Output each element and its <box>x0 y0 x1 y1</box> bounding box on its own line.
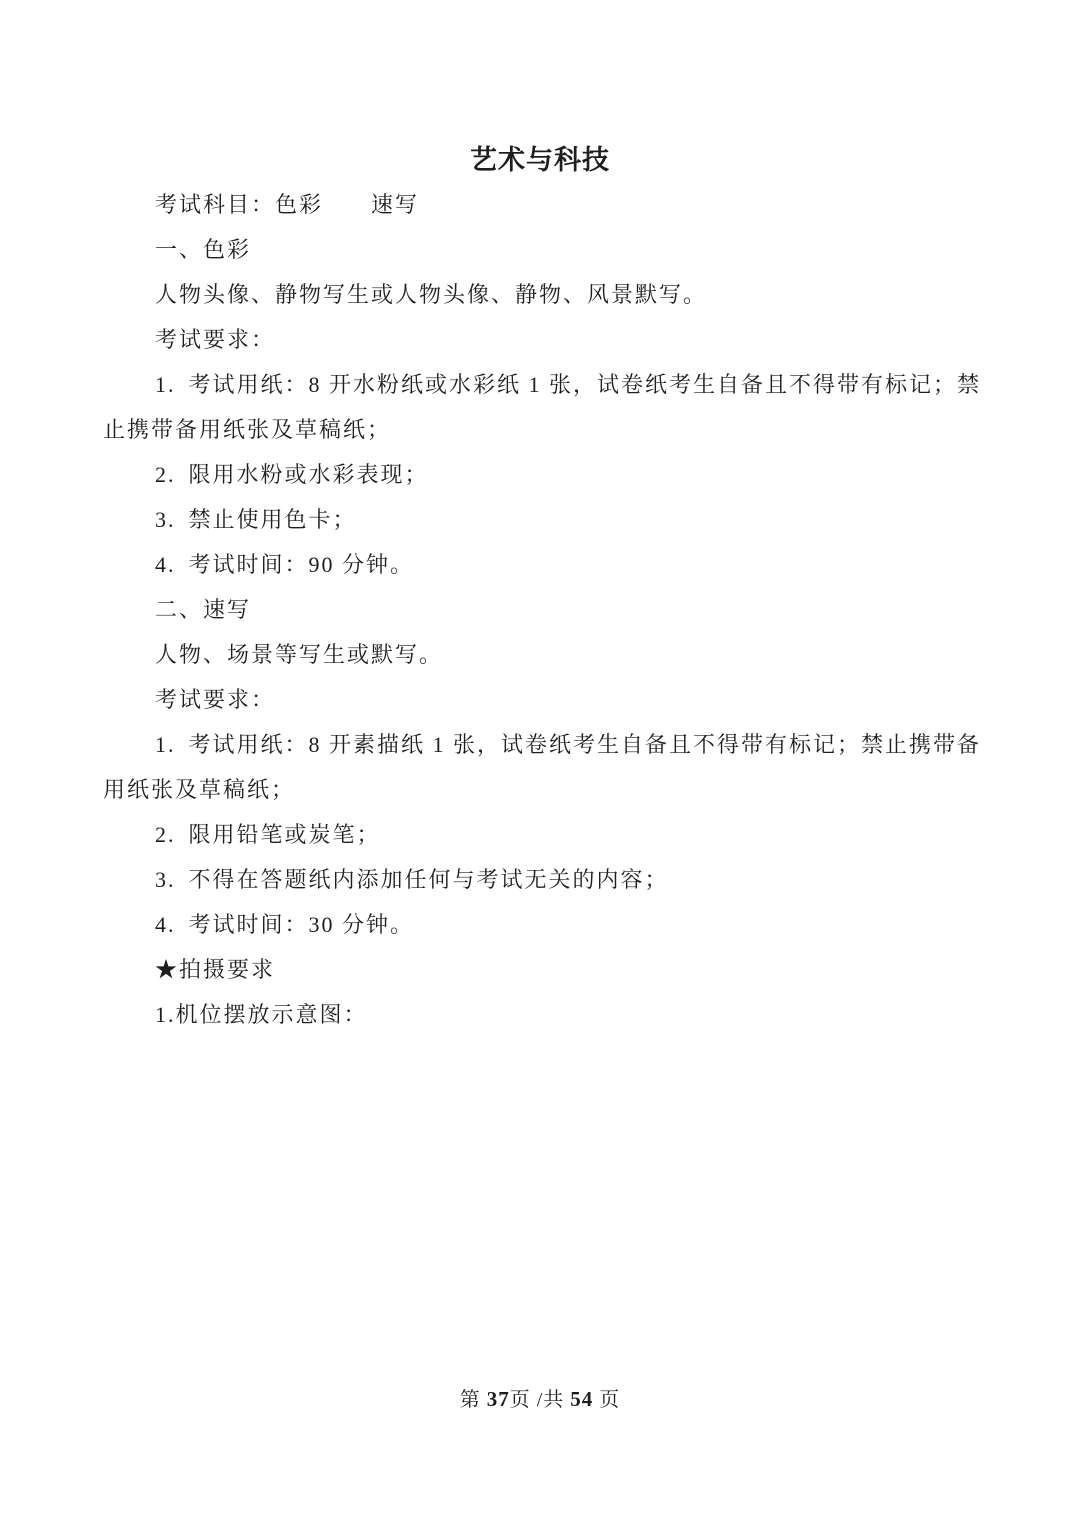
heading-section-1-color: 一、色彩 <box>103 227 981 272</box>
page-title: 艺术与科技 <box>0 138 1080 177</box>
paragraph-sketch-content: 人物、场景等写生或默写。 <box>103 632 981 677</box>
paragraph-sketch-req-4: 4. 考试时间：30 分钟。 <box>103 902 981 947</box>
paragraph-exam-subjects: 考试科目：色彩 速写 <box>103 182 981 227</box>
paragraph-sketch-req-3: 3. 不得在答题纸内添加任何与考试无关的内容； <box>103 857 981 902</box>
paragraph-sketch-req-2: 2. 限用铅笔或炭笔； <box>103 812 981 857</box>
paragraph-color-req-2: 2. 限用水粉或水彩表现； <box>103 452 981 497</box>
document-body: 考试科目：色彩 速写 一、色彩 人物头像、静物写生或人物头像、静物、风景默写。 … <box>103 182 981 1037</box>
footer-prefix: 第 <box>460 1389 487 1411</box>
paragraph-color-req-4: 4. 考试时间：90 分钟。 <box>103 542 981 587</box>
heading-shooting-requirements: ★拍摄要求 <box>103 947 981 992</box>
document-page: 艺术与科技 考试科目：色彩 速写 一、色彩 人物头像、静物写生或人物头像、静物、… <box>0 0 1080 1527</box>
paragraph-sketch-requirements-label: 考试要求： <box>103 677 981 722</box>
paragraph-color-req-3: 3. 禁止使用色卡； <box>103 497 981 542</box>
paragraph-color-requirements-label: 考试要求： <box>103 317 981 362</box>
current-page-number: 37 <box>487 1387 510 1411</box>
paragraph-camera-diagram-label: 1.机位摆放示意图： <box>103 992 981 1037</box>
total-page-number: 54 <box>570 1387 593 1411</box>
page-footer: 第 37页 /共 54 页 <box>0 1383 1080 1412</box>
paragraph-sketch-req-1: 1. 考试用纸：8 开素描纸 1 张，试卷纸考生自备且不得带有标记；禁止携带备用… <box>103 722 981 812</box>
paragraph-color-req-1: 1. 考试用纸：8 开水粉纸或水彩纸 1 张，试卷纸考生自备且不得带有标记；禁止… <box>103 362 981 452</box>
footer-middle: 页 /共 <box>510 1389 571 1411</box>
paragraph-color-content: 人物头像、静物写生或人物头像、静物、风景默写。 <box>103 272 981 317</box>
heading-section-2-sketch: 二、速写 <box>103 587 981 632</box>
footer-suffix: 页 <box>593 1389 620 1411</box>
